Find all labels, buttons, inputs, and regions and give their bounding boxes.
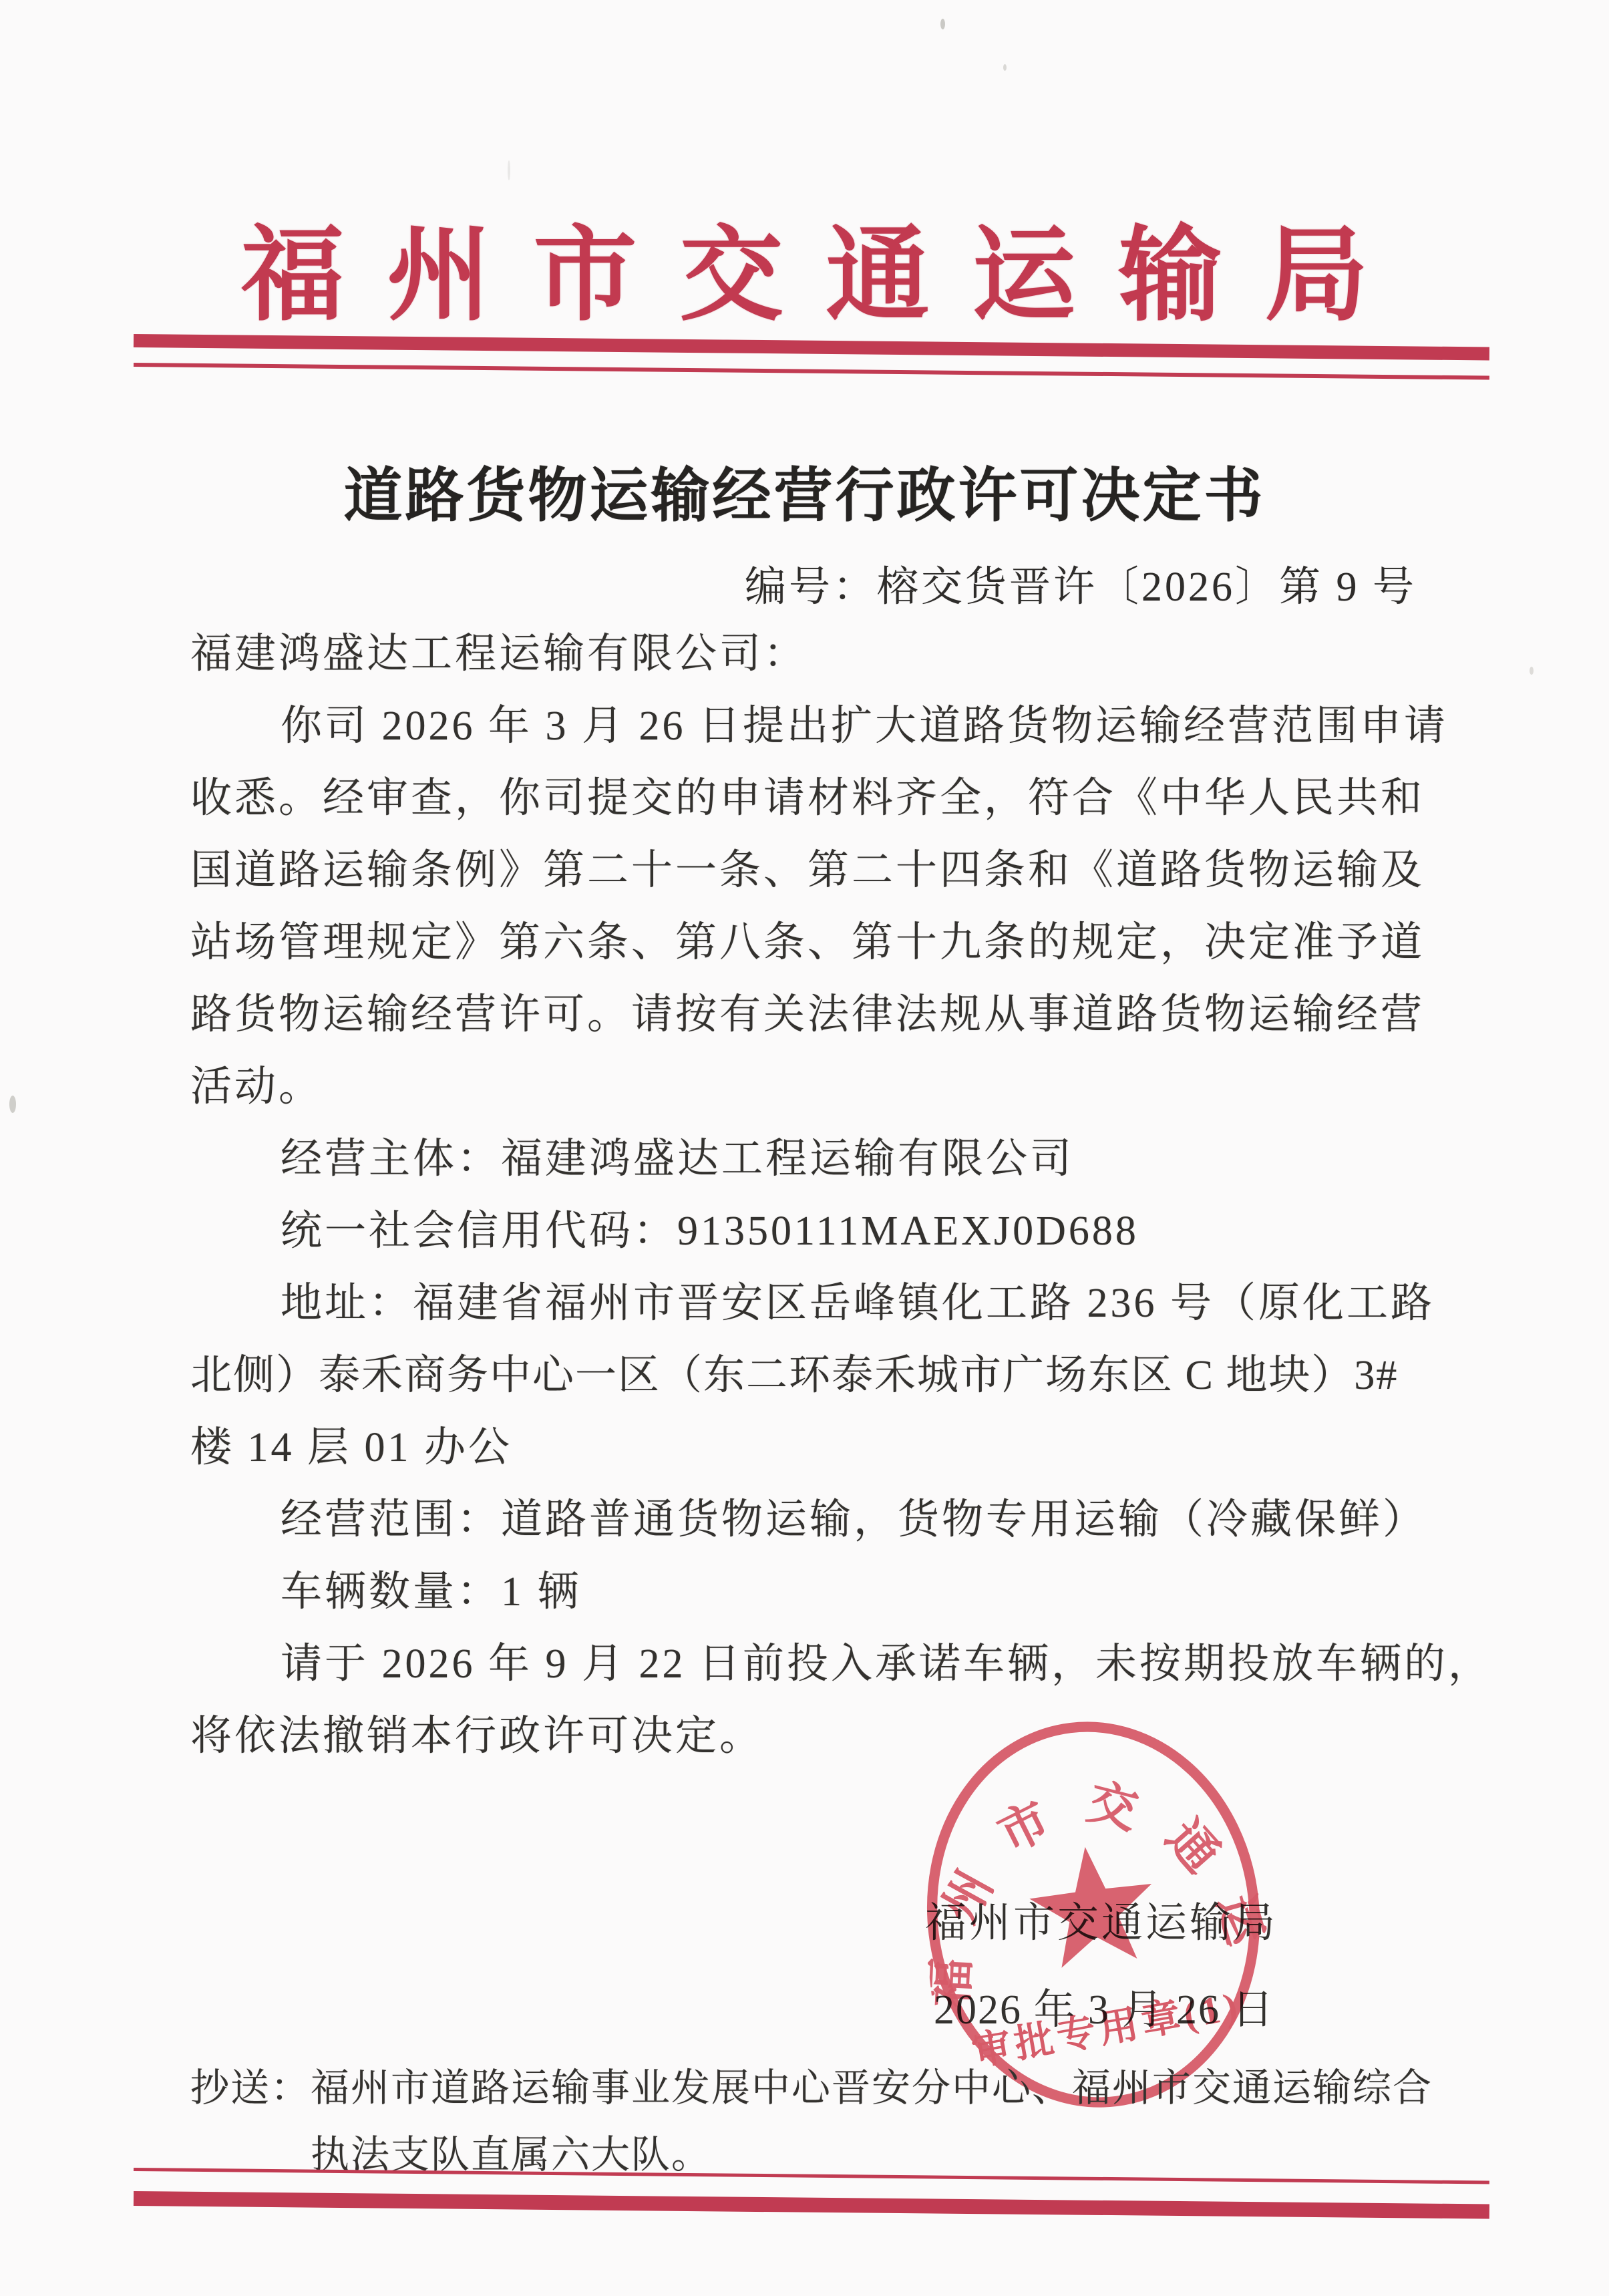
credit-code-line: 统一社会信用代码：91350111MAEXJ0D688 bbox=[281, 1197, 1139, 1257]
scanned-official-document: 福州市交通运输局 道路货物运输经营行政许可决定书 编号：榕交货晋许〔2026〕第… bbox=[0, 0, 1609, 2296]
body-line: 路货物运输经营许可。请按有关法律法规从事道路货物运输经营 bbox=[190, 981, 1425, 1040]
revocation-line: 将依法撤销本行政许可决定。 bbox=[190, 1702, 763, 1762]
address-line: 地址：福建省福州市晋安区岳峰镇化工路 236 号（原化工路 bbox=[281, 1269, 1435, 1329]
vehicle-count-line: 车辆数量：1 辆 bbox=[281, 1558, 582, 1617]
document-number: 编号：榕交货晋许〔2026〕第 9 号 bbox=[745, 553, 1417, 613]
document-title: 道路货物运输经营行政许可决定书 bbox=[0, 449, 1609, 533]
body-line: 收悉。经审查，你司提交的申请材料齐全，符合《中华人民共和 bbox=[190, 764, 1425, 824]
business-scope-line: 经营范围：道路普通货物运输，货物专用运输（冷藏保鲜） bbox=[281, 1486, 1427, 1545]
footer-rule-thick bbox=[134, 2191, 1489, 2219]
cc-line-1: 抄送：福州市道路运输事业发展中心晋安分中心、福州市交通运输综合 bbox=[190, 2056, 1433, 2112]
body-line: 你司 2026 年 3 月 26 日提出扩大道路货物运输经营范围申请 bbox=[281, 692, 1448, 752]
letterhead-rule-thin bbox=[134, 363, 1489, 379]
body-line: 国道路运输条例》第二十一条、第二十四条和《道路货物运输及 bbox=[190, 836, 1425, 896]
scan-speck bbox=[1530, 667, 1534, 675]
letterhead-agency-name: 福州市交通运输局 bbox=[0, 192, 1609, 341]
scan-speck bbox=[1003, 64, 1007, 71]
body-line: 站场管理规定》第六条、第八条、第十九条的规定，决定准予道 bbox=[190, 909, 1425, 968]
operator-line: 经营主体：福建鸿盛达工程运输有限公司 bbox=[281, 1125, 1074, 1184]
stamp-ring-text: 福州市交通运输局 bbox=[900, 1695, 1282, 2022]
address-line: 楼 14 层 01 办公 bbox=[190, 1414, 512, 1473]
scan-speck bbox=[508, 160, 510, 180]
addressee-line: 福建鸿盛达工程运输有限公司： bbox=[190, 620, 808, 679]
stamp-star bbox=[1024, 1840, 1160, 1971]
scan-speck bbox=[940, 19, 945, 29]
scan-speck bbox=[9, 1096, 16, 1113]
deadline-line: 请于 2026 年 9 月 22 日前投入承诺车辆，未按期投放车辆的， bbox=[281, 1630, 1492, 1689]
address-line: 北侧）泰禾商务中心一区（东二环泰禾城市广场东区 C 地块）3# bbox=[190, 1341, 1398, 1401]
body-line: 活动。 bbox=[190, 1053, 323, 1112]
